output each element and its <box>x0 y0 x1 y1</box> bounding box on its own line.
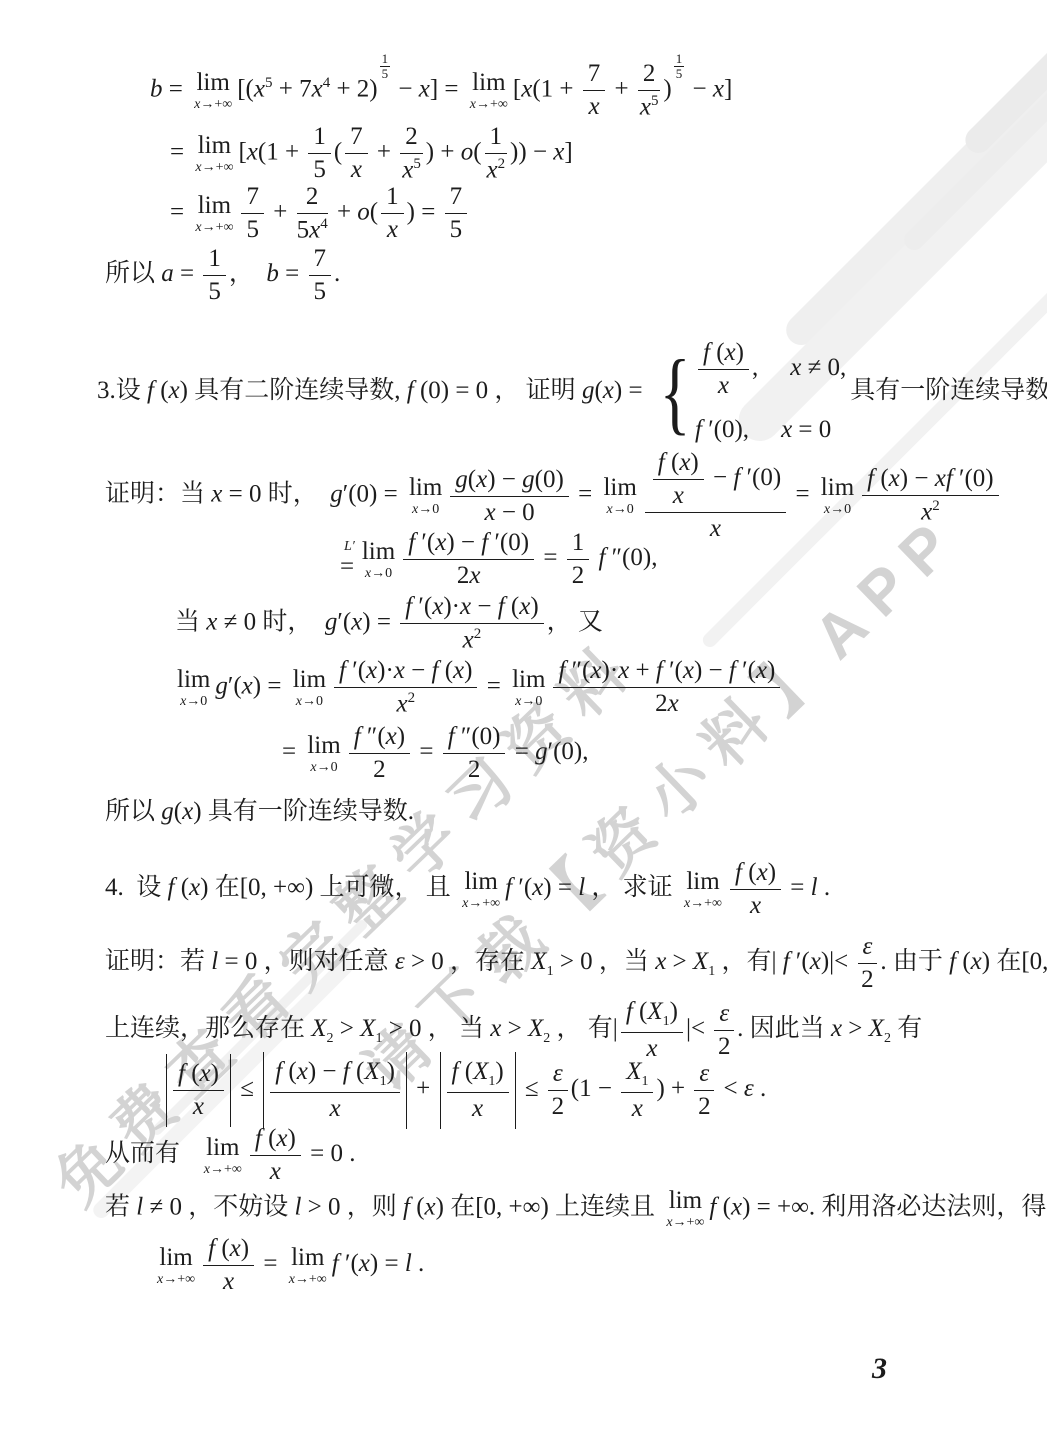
problem-3-statement: 3.设 f (x) 具有二阶连续导数, f (0) = 0 ， 证明 g(x) … <box>97 338 1047 447</box>
page-number: 3 <box>872 1352 887 1386</box>
formula-b-limit-line-1: b = limx→+∞[(x5 + 7x4 + 2)15 − x] = limx… <box>150 52 732 122</box>
problem-3-proof-line-2: L′=limx→0f ′(x) − f ′(0)2x = 12 f ″(0), <box>340 528 657 591</box>
problem-4-proof-inequality: f (x)x ≤ f (x) − f (X1)x + f (X1)x ≤ ε2(… <box>163 1052 766 1129</box>
problem-4-statement: 4. 设 f (x) 在[0, +∞) 上可微， 且 limx→+∞f ′(x)… <box>105 858 830 921</box>
document-page: { "page": { "number": "3" }, "watermark"… <box>0 0 1047 1452</box>
problem-4-proof-line-6: limx→+∞f (x)x = limx→+∞f ′(x) = l . <box>152 1234 424 1297</box>
problem-4-proof-line-4: 从而有 limx→+∞f (x)x = 0 . <box>105 1124 355 1187</box>
formula-b-limit-line-2: = limx→+∞[x(1 + 15(7x + 2x5) + o(1x2)) −… <box>170 122 573 185</box>
problem-3-proof-line-4: limx→0g′(x) = limx→0f ′(x)·x − f (x)x2 =… <box>172 656 783 719</box>
problem-3-proof-line-5: = limx→0f ″(x)2 = f ″(0)2 = g′(0), <box>282 722 588 785</box>
problem-4-proof-line-5: 若 l ≠ 0 ，不妨设 l > 0 ，则 f (x) 在[0, +∞) 上连续… <box>105 1188 1047 1230</box>
problem-3-proof-line-3: 当 x ≠ 0 时， g′(x) = f ′(x)·x − f (x)x2， 又 <box>175 592 603 655</box>
formula-b-limit-line-3: = limx→+∞75 + 25x4 + o(1x) = 75 <box>170 182 470 245</box>
problem-2-conclusion: 所以 a = 15， b = 75. <box>105 244 340 307</box>
problem-4-proof-line-1: 证明：若 l = 0 ，则对任意 ε > 0 ，存在 X1 > 0 ，当 x >… <box>105 932 1047 995</box>
problem-3-proof-conclusion: 所以 g(x) 具有一阶连续导数. <box>105 795 414 829</box>
